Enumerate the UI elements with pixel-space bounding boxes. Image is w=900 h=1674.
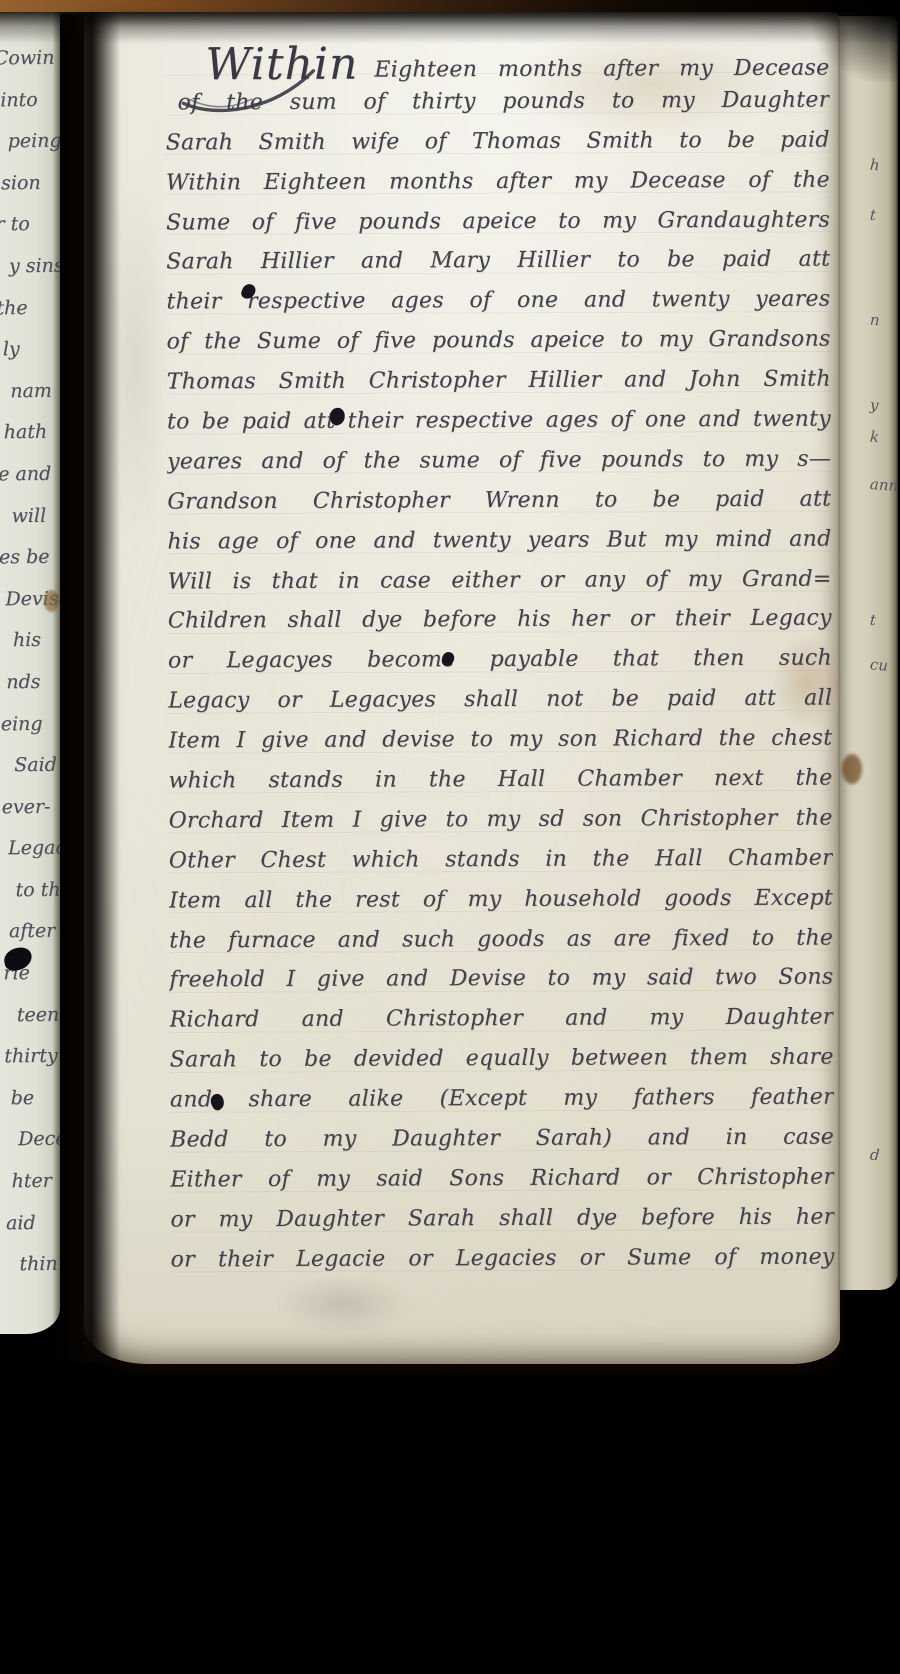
left-page-line-fragment: hter [11,1161,60,1203]
next-page-ink-fragment: d [869,1146,880,1165]
left-page-line-fragment: es be [0,537,59,579]
next-page-ink-fragment: t [869,206,876,224]
left-page-line-fragment: the [0,287,57,329]
manuscript-line: or Legacyes become payable that then suc… [168,639,832,682]
left-page-line-fragment: nam [10,370,57,412]
left-page-line-fragment: sion [1,162,55,204]
left-page-fragments: Cowin into peing sion r to y sins the ly… [0,12,60,1286]
manuscript-photo: Cowin into peing sion r to y sins the ly… [0,0,900,1674]
paper-stain [274,1274,414,1334]
left-page-line-fragment: aid [6,1202,60,1244]
manuscript-line: Grandson Christopher Wrenn to be paid at… [167,479,831,522]
manuscript-line: his age of one and twenty years But my m… [167,519,831,562]
left-page-line-fragment: will [11,495,58,537]
left-page-line-fragment: into [0,79,54,121]
manuscript-line: Orchard Item I give to my sd son Christo… [169,798,833,841]
manuscript-line: of the Sume of five pounds apeice to my … [167,320,831,363]
manuscript-line: and share alike (Except my fathers feath… [170,1078,834,1121]
next-page-edge: h t n y k ann t cu d [834,16,898,1290]
manuscript-line: Children shall dye before his her or the… [168,599,832,642]
manuscript-line: freehold I give and Devise to my said tw… [169,958,833,1001]
manuscript-line: Richard and Christopher and my Daughter [169,998,833,1041]
manuscript-line: Other Chest which stands in the Hall Cha… [169,838,833,881]
manuscript-line: Either of my said Sons Richard or Christ… [170,1157,834,1200]
next-page-ink-fragment: t [869,611,876,629]
left-page-line-fragment: to the [15,870,60,912]
paper-stain [842,754,862,784]
left-page-line-fragment: y sins [9,246,56,288]
manuscript-line: Sarah Hillier and Mary Hillier to be pai… [166,240,830,283]
next-page-ink-fragment: ann [869,475,898,495]
left-page-line-fragment: peing [7,121,54,163]
paper-stain [44,590,59,612]
manuscript-line: Item all the rest of my household goods … [169,878,833,921]
left-page-line-fragment: his [13,620,60,662]
left-page-line-fragment: r to [0,204,56,246]
next-page-ink-fragment: cu [869,655,888,674]
will-text: WithinEighteen months after my Decease o… [165,41,834,1280]
manuscript-line: WithinEighteen months after my Decease [165,41,829,84]
next-page-ink-fragment: h [869,156,880,175]
manuscript-line: Thomas Smith Christopher Hillier and Joh… [167,360,831,403]
left-page-line-fragment: be [10,1078,60,1120]
next-page-ink-fragment: k [869,428,879,447]
left-page-line-fragment: teene [17,994,60,1036]
manuscript-line: yeares and of the sume of five pounds to… [167,439,831,482]
left-page-line-fragment: ly [3,329,57,371]
paper-stain [100,162,170,562]
manuscript-line: Sarah to be devided equally between them… [170,1038,834,1081]
left-page-line-fragment: thin [19,1244,60,1286]
manuscript-line: Item I give and devise to my son Richard… [168,719,832,762]
left-page-line-fragment: eing [1,703,60,745]
left-page-line-fragment: hath [4,412,58,454]
opening-word: Within [205,39,358,91]
left-page-line-fragment: Legac [8,828,60,870]
manuscript-line: or their Legacie or Legacies or Sume of … [171,1237,835,1280]
left-page-edge: Cowin into peing sion r to y sins the ly… [0,12,60,1334]
manuscript-line: Will is that in case either or any of my… [168,559,832,602]
manuscript-line-text: Eighteen months after my Decease [374,56,829,83]
manuscript-line: Sume of five pounds apeice to my Grandau… [166,200,830,243]
left-page-line-fragment: thirty [4,1036,60,1078]
left-page-line-fragment: Said [14,745,60,787]
manuscript-line: Within Eighteen months after my Decease … [166,160,830,203]
left-page-line-fragment: ever- [1,786,60,828]
left-page-line-fragment: nds [6,662,60,704]
left-page-line-fragment: Cowin [0,38,54,80]
manuscript-line: or my Daughter Sarah shall dye before hi… [170,1197,834,1240]
left-page-line-fragment: Decea [18,1119,60,1161]
left-page-line-fragment: e and [0,454,58,496]
manuscript-line: Sarah Smith wife of Thomas Smith to be p… [166,120,830,163]
manuscript-line: to be paid att their respective ages of … [167,400,831,443]
manuscript-line: Legacy or Legacyes shall not be paid att… [168,679,832,722]
manuscript-line: Bedd to my Daughter Sarah) and in case [170,1118,834,1161]
manuscript-page: WithinEighteen months after my Decease o… [84,12,840,1364]
manuscript-line: their respective ages of one and twenty … [166,280,830,323]
next-page-ink-fragment: y [869,396,879,415]
manuscript-line: which stands in the Hall Chamber next th… [168,759,832,802]
next-page-ink-fragment: n [869,311,880,330]
manuscript-line: the furnace and such goods as are fixed … [169,918,833,961]
